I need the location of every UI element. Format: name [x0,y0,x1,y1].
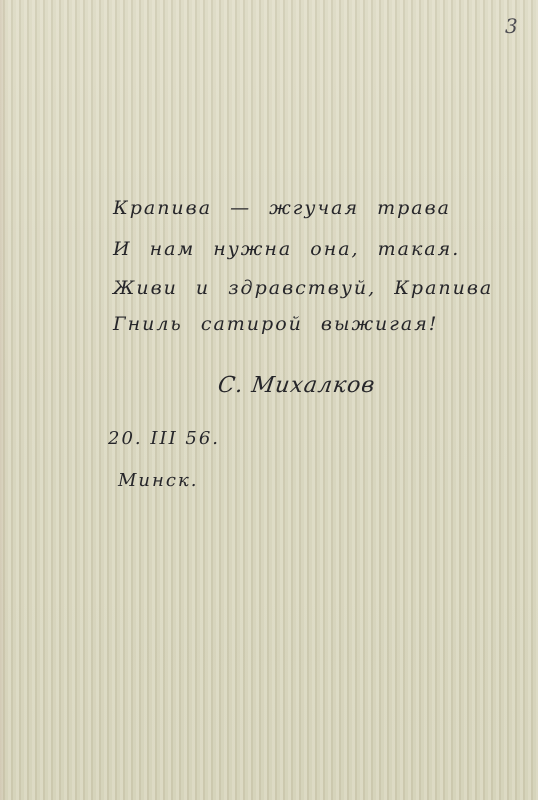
poem-line: И нам нужна она, такая. [113,238,460,260]
poem-line: Гниль сатирой выжигая! [113,313,438,335]
poem-line: Живи и здравствуй, Крапива [113,277,493,299]
page-number: 3 [505,14,520,38]
place: Минск. [118,470,198,491]
date: 20. III 56. [108,428,220,449]
manuscript-page: 3 Крапива — жгучая трава И нам нужна она… [0,0,538,800]
poem-line: Крапива — жгучая трава [113,197,451,219]
author-signature: С. Михалков [216,373,377,398]
